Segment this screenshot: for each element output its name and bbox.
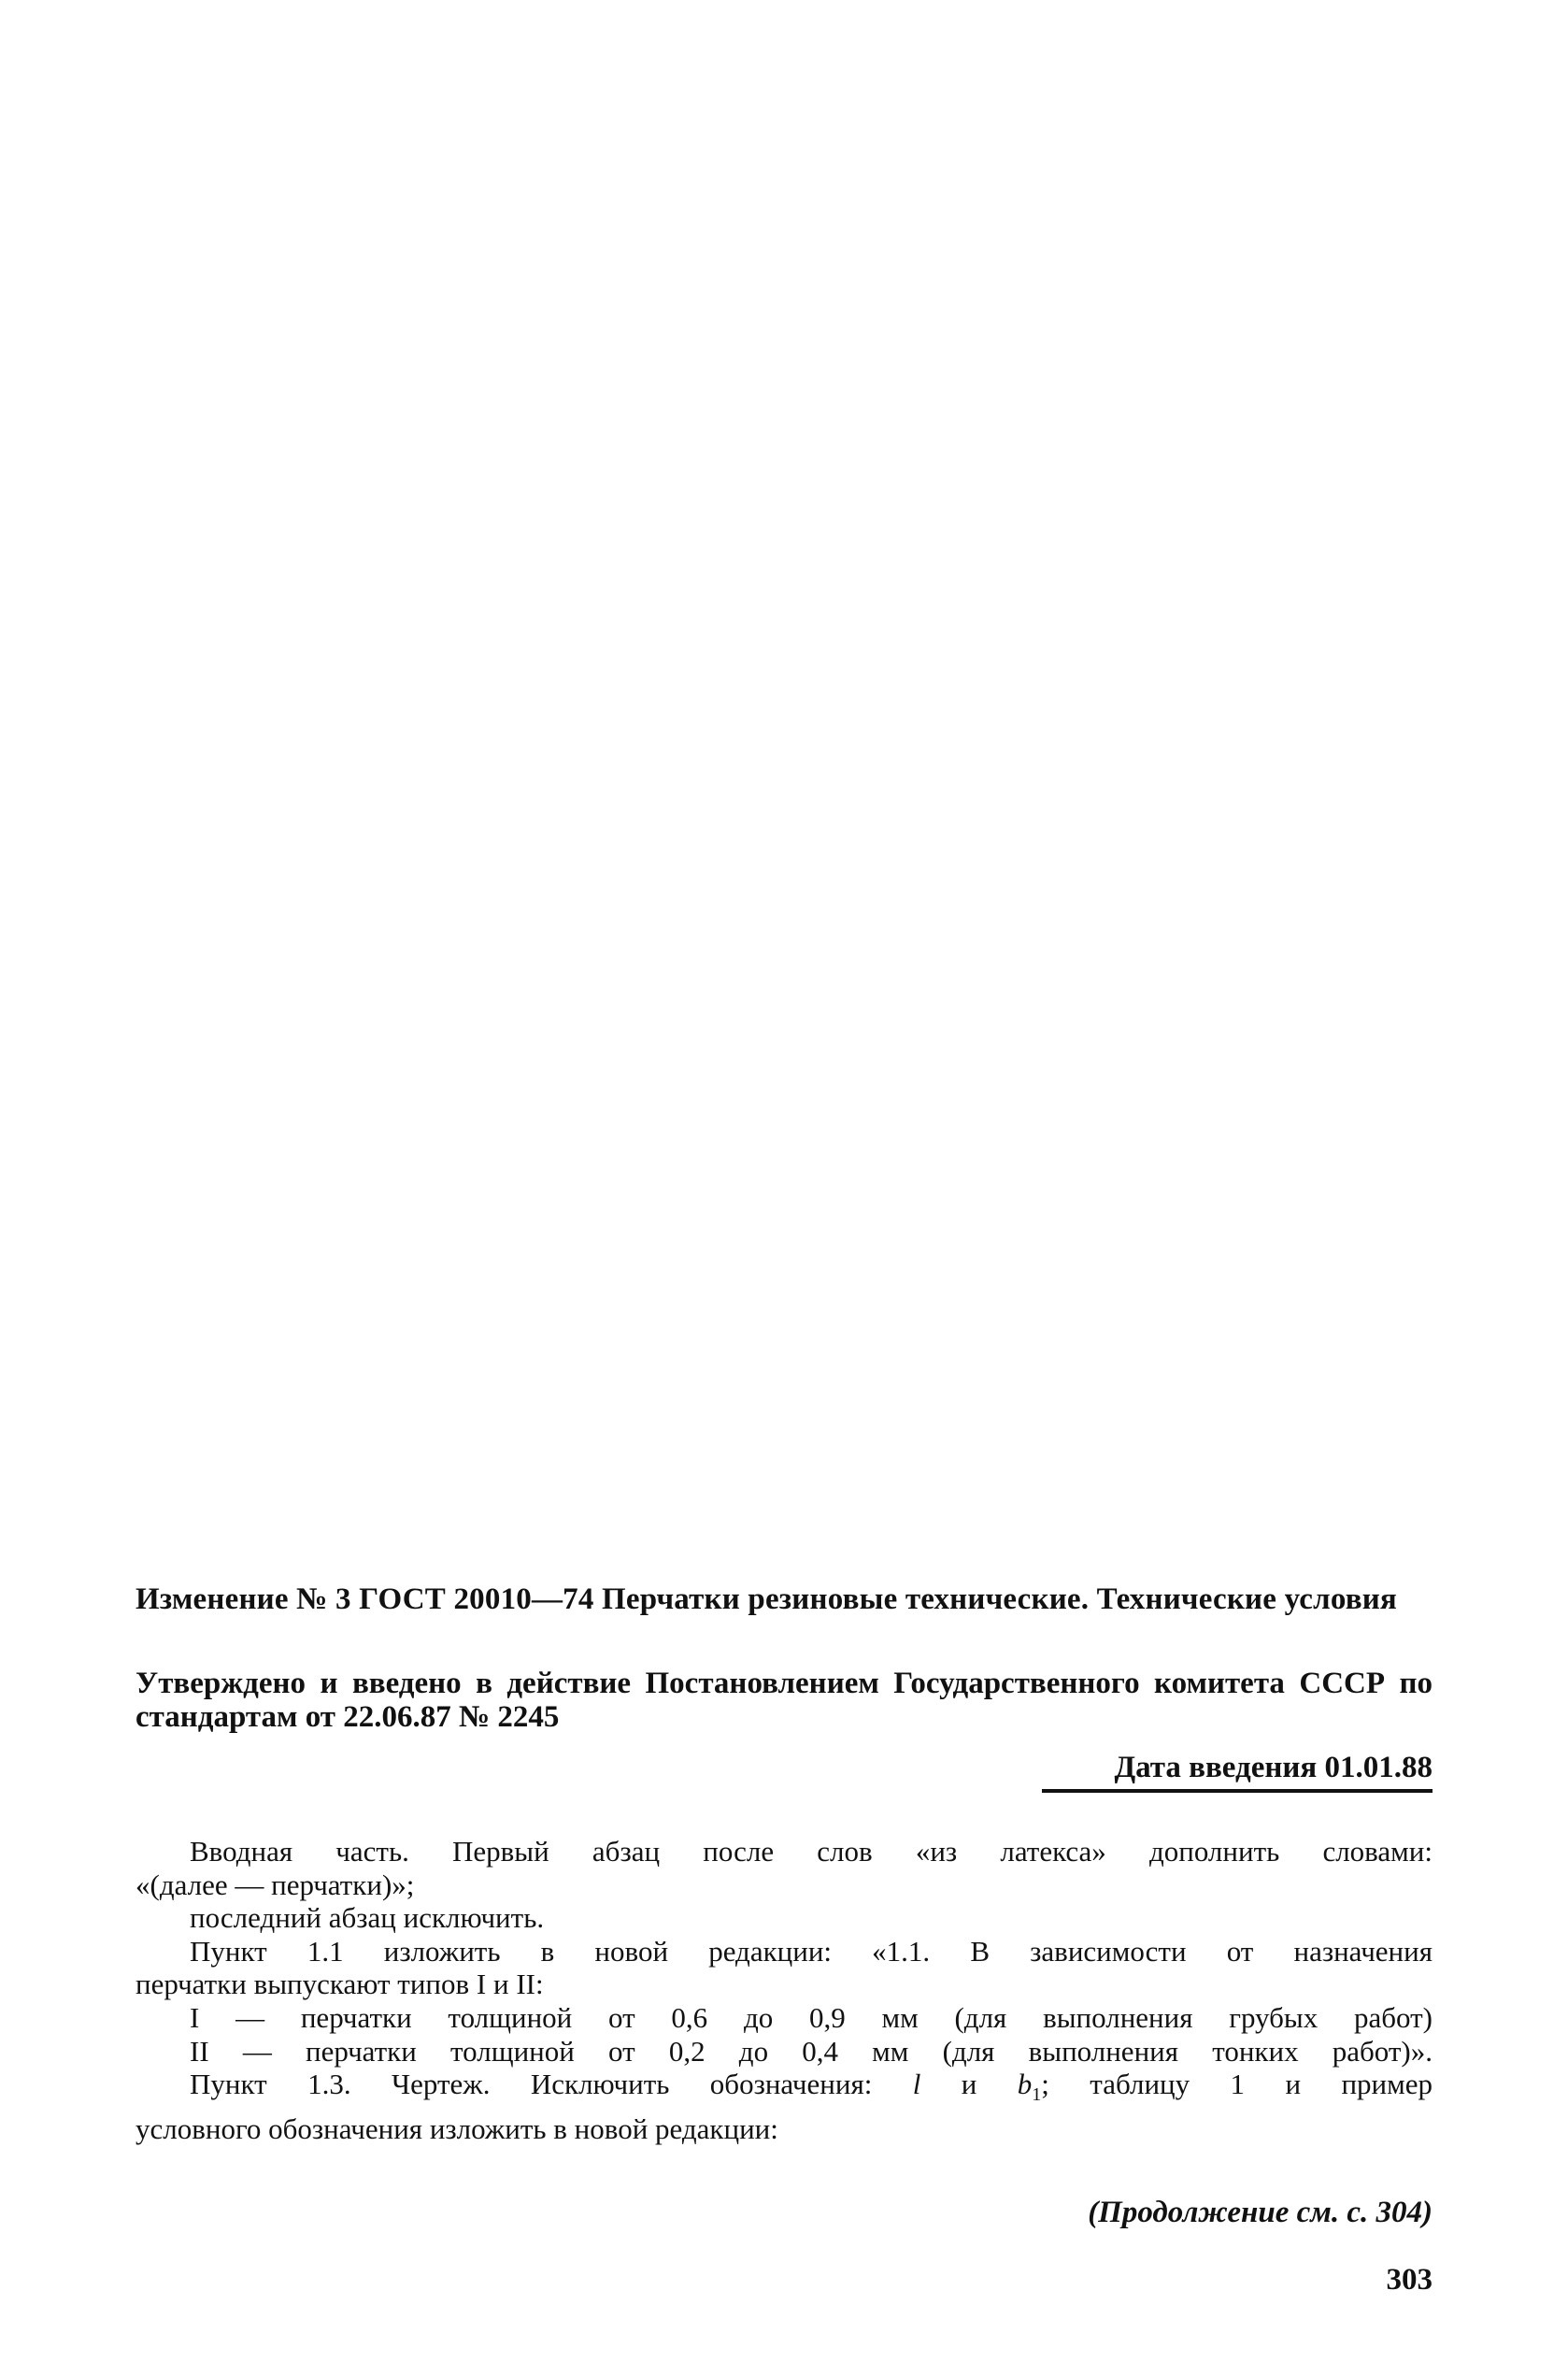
glove-type-2: II — перчатки толщиной от 0,2 до 0,4 мм …	[135, 2035, 1433, 2069]
paragraph-clause-1-3-line2: условного обозначения изложить в новой р…	[135, 2112, 1433, 2146]
paragraph-clause-1-1-line2: перчатки выпускают типов I и II:	[135, 1968, 1433, 2001]
and-word: и	[920, 2068, 1017, 2100]
clause-1-3-suffix: ; таблицу 1 и пример	[1041, 2068, 1433, 2100]
var-b-subscript: 1	[1032, 2084, 1041, 2105]
paragraph-clause-1-3-line1: Пункт 1.3. Чертеж. Исключить обозначения…	[135, 2068, 1433, 2112]
document-page: Изменение № 3 ГОСТ 20010—74 Перчатки рез…	[0, 0, 1568, 2362]
introduction-date: Дата введения 01.01.88	[1114, 1751, 1433, 1784]
continuation-note: (Продолжение см. с. 304)	[1088, 2195, 1433, 2230]
var-b: b	[1018, 2068, 1033, 2100]
text-column: Изменение № 3 ГОСТ 20010—74 Перчатки рез…	[135, 0, 1433, 2362]
approval-statement: Утверждено и введено в действие Постанов…	[135, 1667, 1433, 1734]
clause-1-3-prefix: Пункт 1.3. Чертеж. Исключить обозначения…	[190, 2068, 913, 2100]
paragraph-clause-1-1-line1: Пункт 1.1 изложить в новой редакции: «1.…	[135, 1935, 1433, 1968]
date-underline	[1042, 1789, 1433, 1793]
glove-type-1: I — перчатки толщиной от 0,6 до 0,9 мм (…	[135, 2001, 1433, 2035]
paragraph-intro-line1: Вводная часть. Первый абзац после слов «…	[135, 1835, 1433, 1868]
amendment-body: Вводная часть. Первый абзац после слов «…	[135, 1835, 1433, 2146]
paragraph-last-abzac: последний абзац исключить.	[135, 1901, 1433, 1935]
page-number: 303	[1387, 2262, 1433, 2298]
paragraph-intro-line2: «(далее — перчатки)»;	[135, 1868, 1433, 1902]
amendment-title: Изменение № 3 ГОСТ 20010—74 Перчатки рез…	[135, 1582, 1433, 1616]
